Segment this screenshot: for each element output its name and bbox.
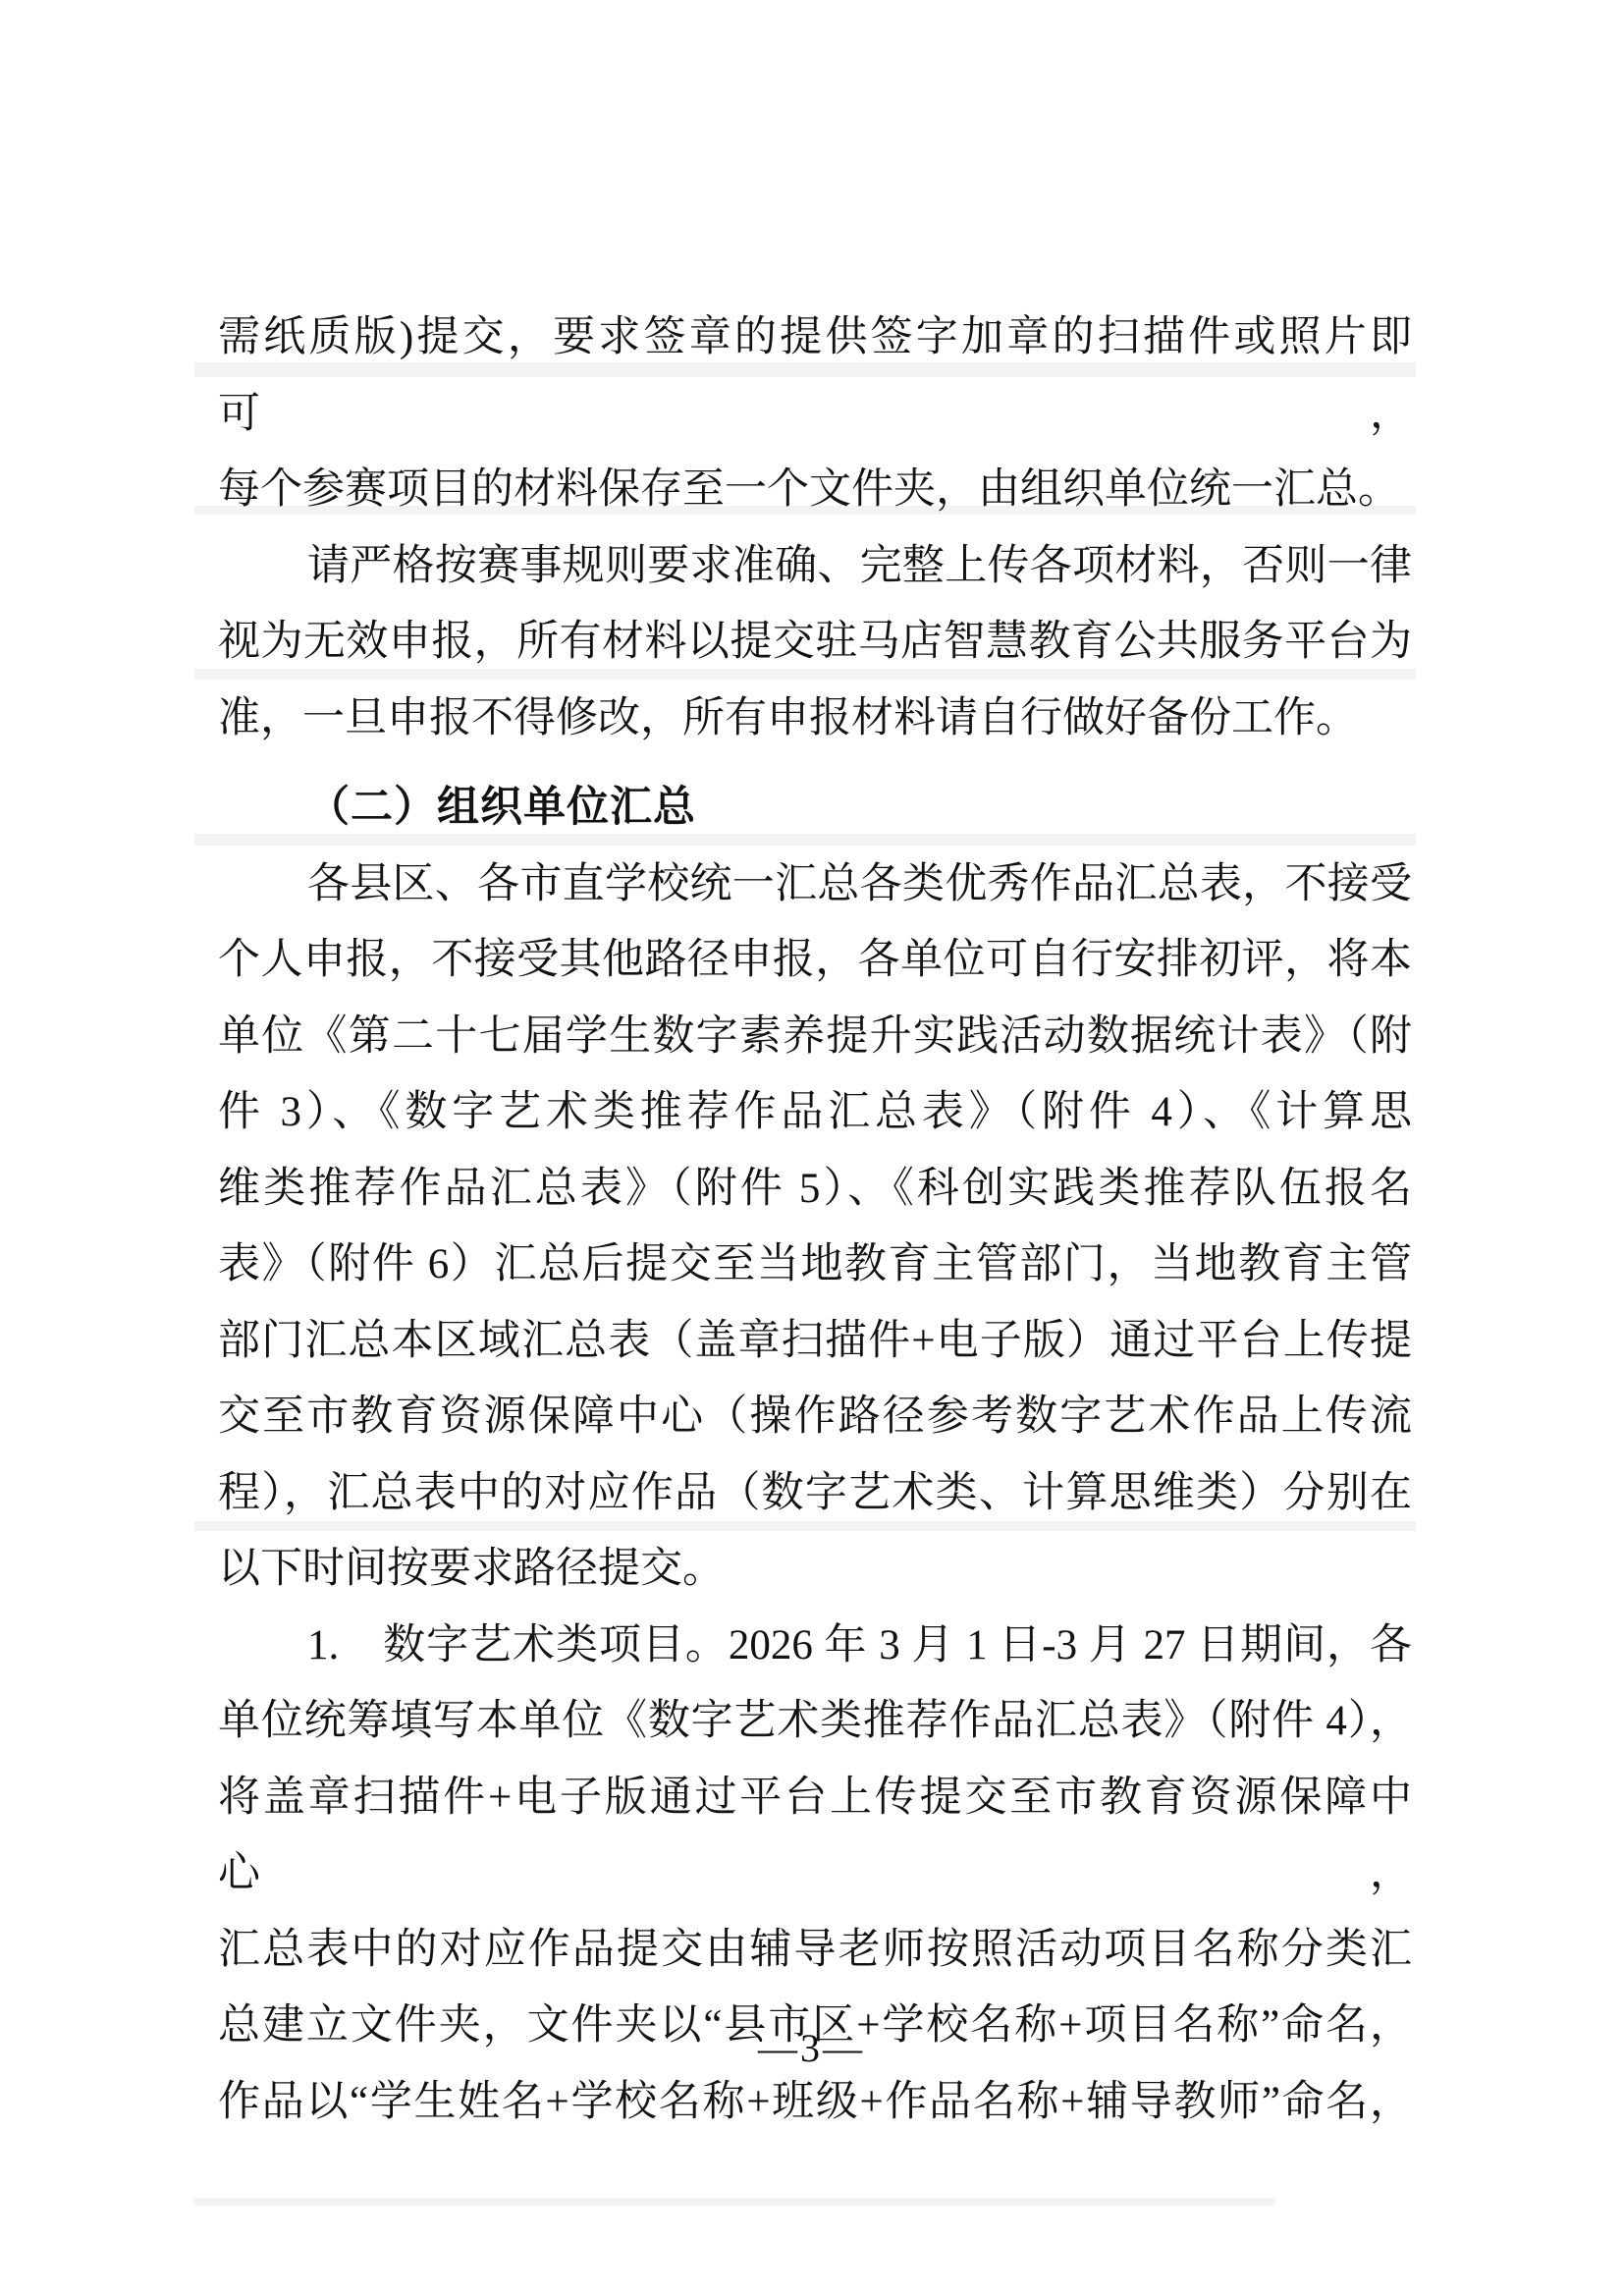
text-line: 部门汇总本区域汇总表（盖章扫描件+电子版）通过平台上传提 xyxy=(218,1303,1412,1380)
text-line: 单位《第二十七届学生数字素养提升实践活动数据统计表》（附 xyxy=(218,999,1412,1075)
text-line: 程），汇总表中的对应作品（数字艺术类、计算思维类）分别在 xyxy=(218,1455,1412,1532)
text-line: 交至市教育资源保障中心（操作路径参考数字艺术作品上传流 xyxy=(218,1379,1412,1455)
text-line: 准，一旦申报不得修改，所有申报材料请自行做好备份工作。 xyxy=(218,681,1412,757)
text-line: 汇总表中的对应作品提交由辅导老师按照活动项目名称分类汇 xyxy=(218,1912,1412,1989)
document-body: 需纸质版)提交，要求签章的提供签字加章的扫描件或照片即可， 每个参赛项目的材料保… xyxy=(218,300,1412,2140)
text-line: 以下时间按要求路径提交。 xyxy=(218,1531,1412,1608)
text-line: 将盖章扫描件+电子版通过平台上传提交至市教育资源保障中心， xyxy=(218,1760,1412,1912)
text-line: 每个参赛项目的材料保存至一个文件夹，由组织单位统一汇总。 xyxy=(218,452,1412,528)
scan-artifact-band xyxy=(194,2198,1274,2206)
text-line: 维类推荐作品汇总表》（附件 5）、《科创实践类推荐队伍报名 xyxy=(218,1151,1412,1228)
text-line: 请严格按赛事规则要求准确、完整上传各项材料，否则一律 xyxy=(218,528,1412,605)
text-line: 视为无效申报，所有材料以提交驻马店智慧教育公共服务平台为 xyxy=(218,604,1412,681)
section-heading: （二）组织单位汇总 xyxy=(218,770,1412,847)
text-line: 需纸质版)提交，要求签章的提供签字加章的扫描件或照片即可， xyxy=(218,300,1412,452)
text-line: 个人申报，不接受其他路径申报，各单位可自行安排初评，将本 xyxy=(218,922,1412,999)
page-number: —3— xyxy=(0,2025,1623,2072)
text-line: 作品以“学生姓名+学校名称+班级+作品名称+辅导教师”命名， xyxy=(218,2064,1412,2141)
text-line: 单位统筹填写本单位《数字艺术类推荐作品汇总表》（附件 4）， xyxy=(218,1683,1412,1760)
text-line-list-item: 1. 数字艺术类项目。2026 年 3 月 1 日-3 月 27 日期间，各 xyxy=(218,1608,1412,1684)
text-line: 表》（附件 6）汇总后提交至当地教育主管部门，当地教育主管 xyxy=(218,1227,1412,1303)
text-line: 件 3）、《数字艺术类推荐作品汇总表》（附件 4）、《计算思 xyxy=(218,1074,1412,1151)
document-page: 需纸质版)提交，要求签章的提供签字加章的扫描件或照片即可， 每个参赛项目的材料保… xyxy=(0,0,1623,2296)
text-line: 各县区、各市直学校统一汇总各类优秀作品汇总表，不接受 xyxy=(218,847,1412,923)
